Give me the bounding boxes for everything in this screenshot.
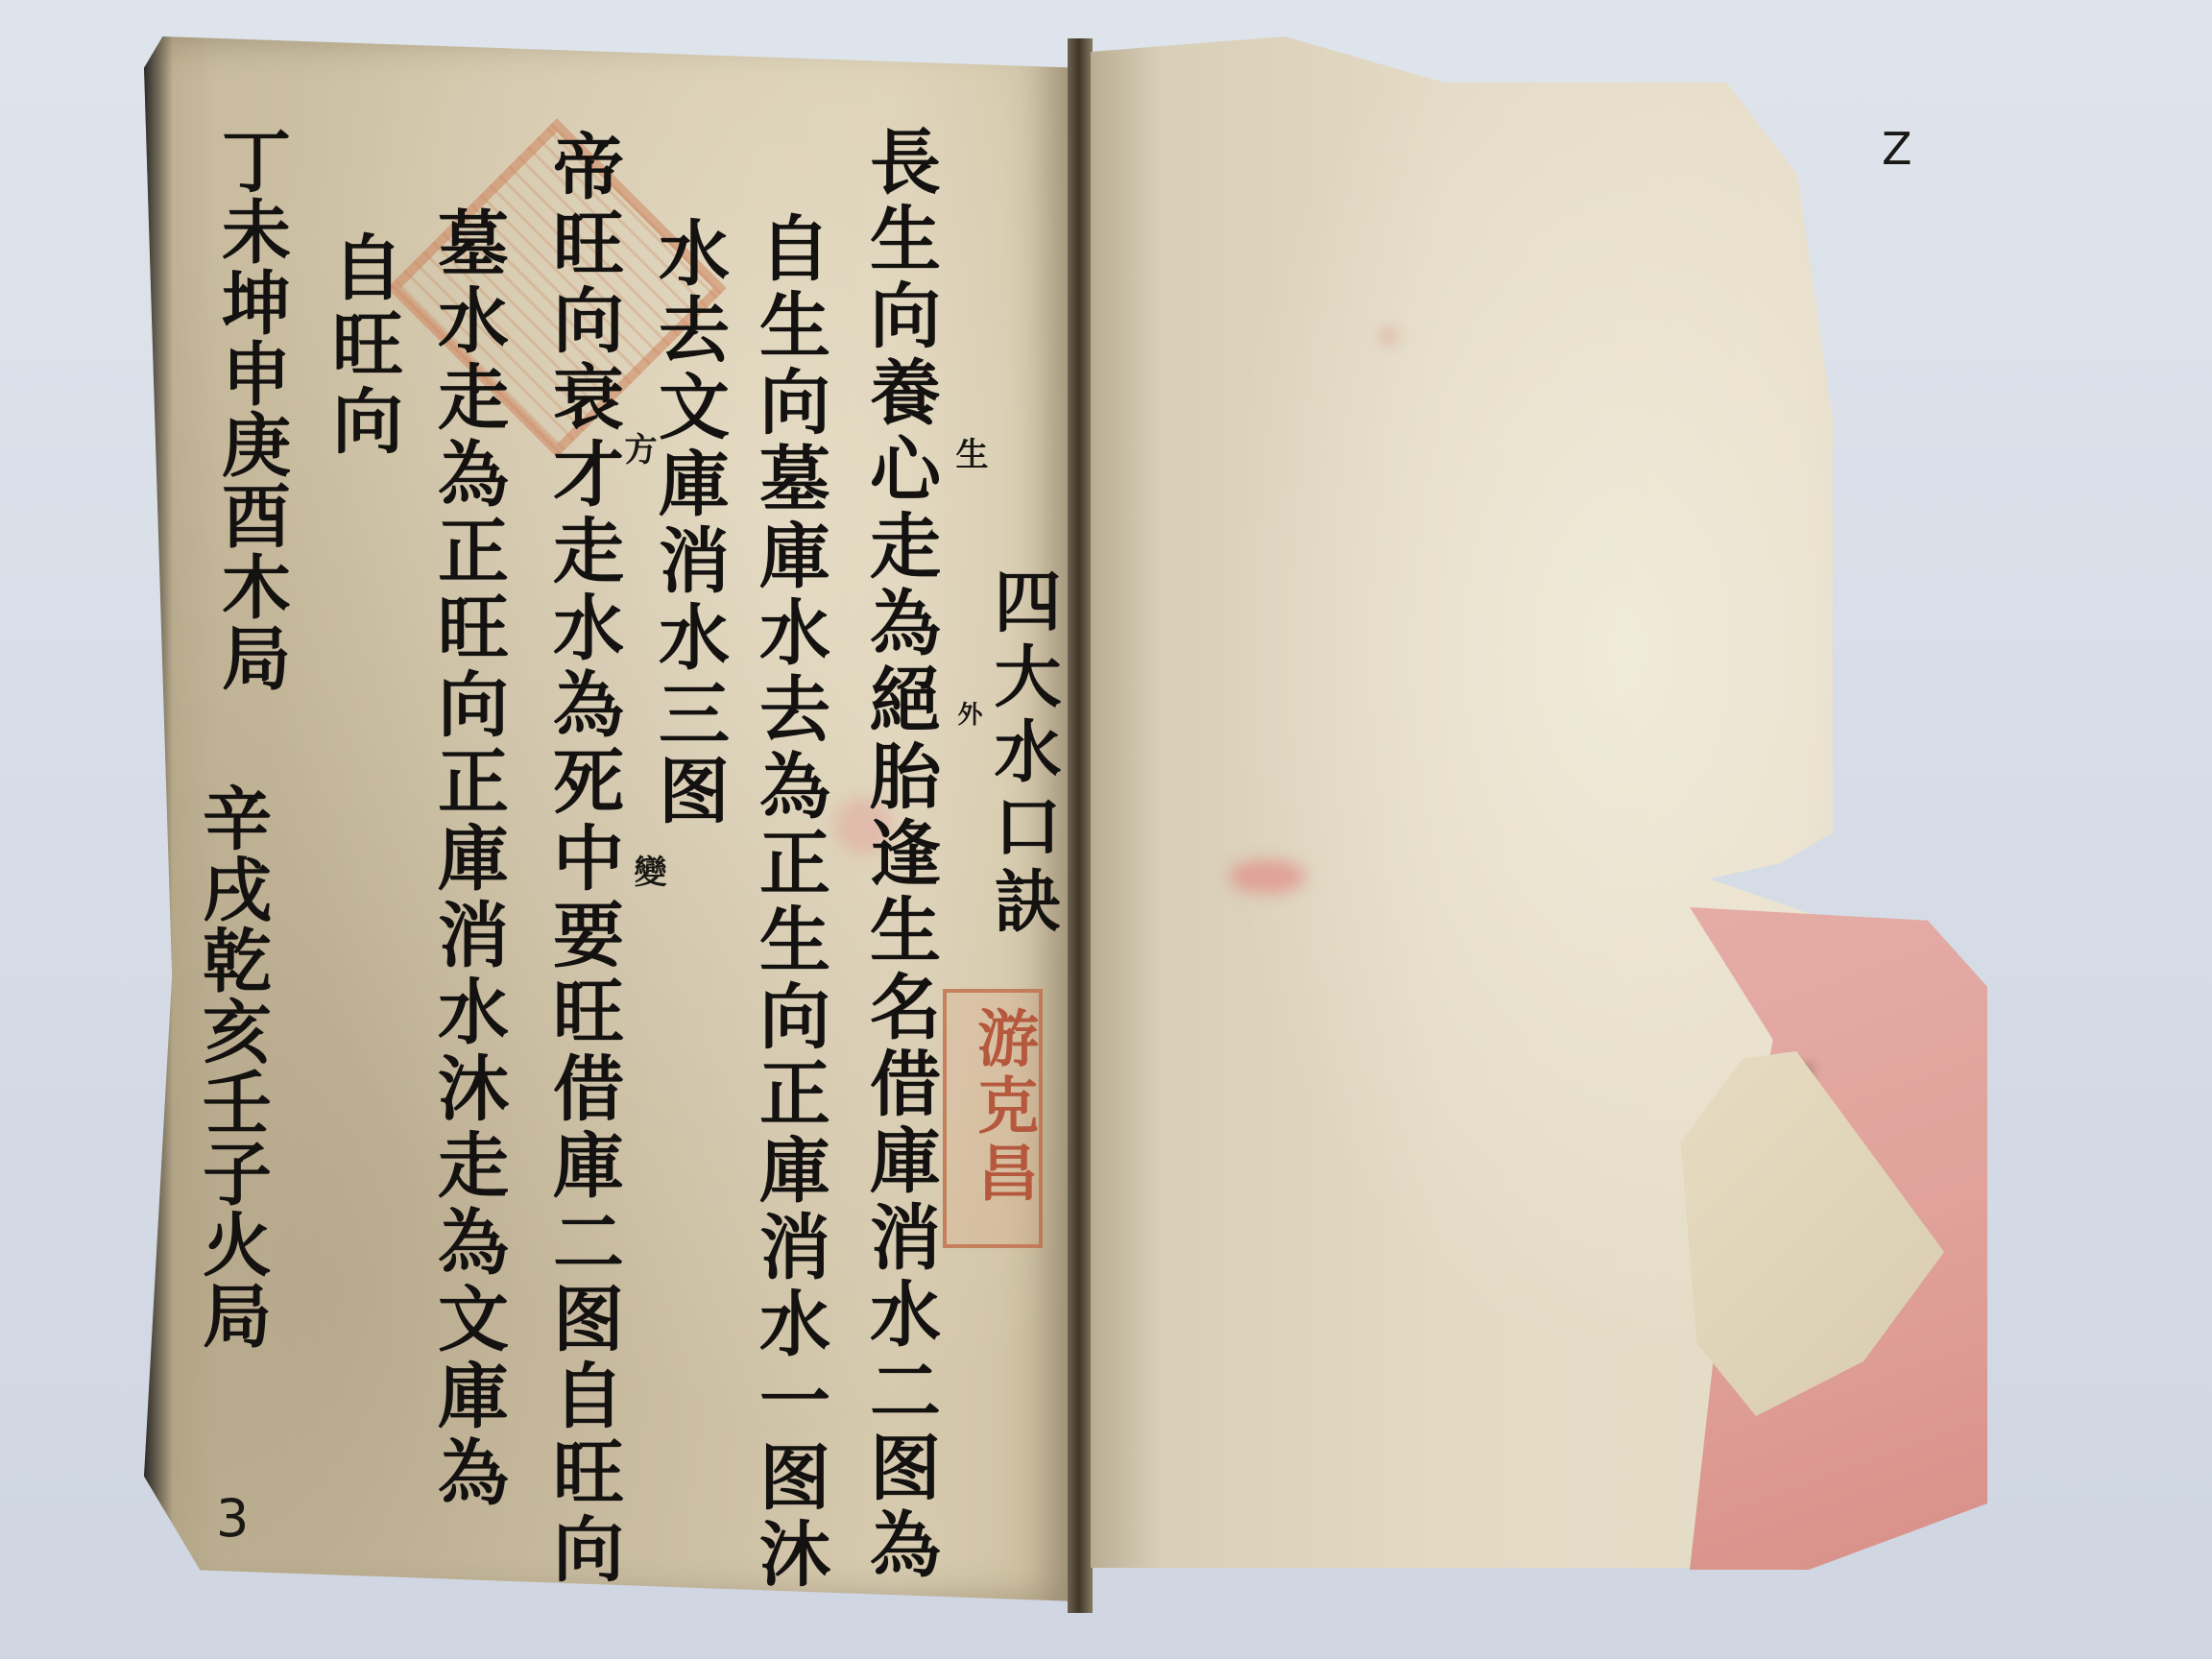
right-page-number: Z [1882,123,1912,175]
title-column: 四大水口訣 [989,566,1056,941]
text-column-8: 辛戌乾亥壬子火局 [197,782,266,1351]
text-column-2: 自生向墓庫水去為正生向正庫消水一图沐 [754,211,825,1594]
annotation-bian: 變 [624,854,671,887]
text-column-5: 墓水走為正旺向正庫消水沐走為文庫為 [432,206,503,1512]
text-column-4: 帝旺向衰才走水為死中要旺借庫二图自旺向 [547,130,618,1589]
annotation-sheng: 生 [946,437,993,469]
text-column-7: 丁未坤申庚酉木局 [216,125,285,693]
text-column-1: 長生向養心走為絕胎逢生名借庫消水二图為 [864,125,935,1584]
annotation-wai: 外 [950,701,986,726]
seal-text: 游克昌 [958,1006,1046,1208]
annotation-fang: 方 [614,432,661,465]
text-column-6: 自旺向 [326,230,397,461]
seal-stamp-you-ke-chang: 游克昌 [943,989,1043,1248]
text-column-3: 水去文庫消水三图 [653,216,724,830]
left-page-number: 3 [216,1488,249,1549]
red-stain [1382,331,1396,341]
open-book: 四大水口訣 長生向養心走為絕胎逢生名借庫消水二图為 自生向墓庫水去為正生向正庫消… [0,0,2212,1659]
red-stain [1229,859,1306,894]
book-spine [1068,38,1093,1613]
